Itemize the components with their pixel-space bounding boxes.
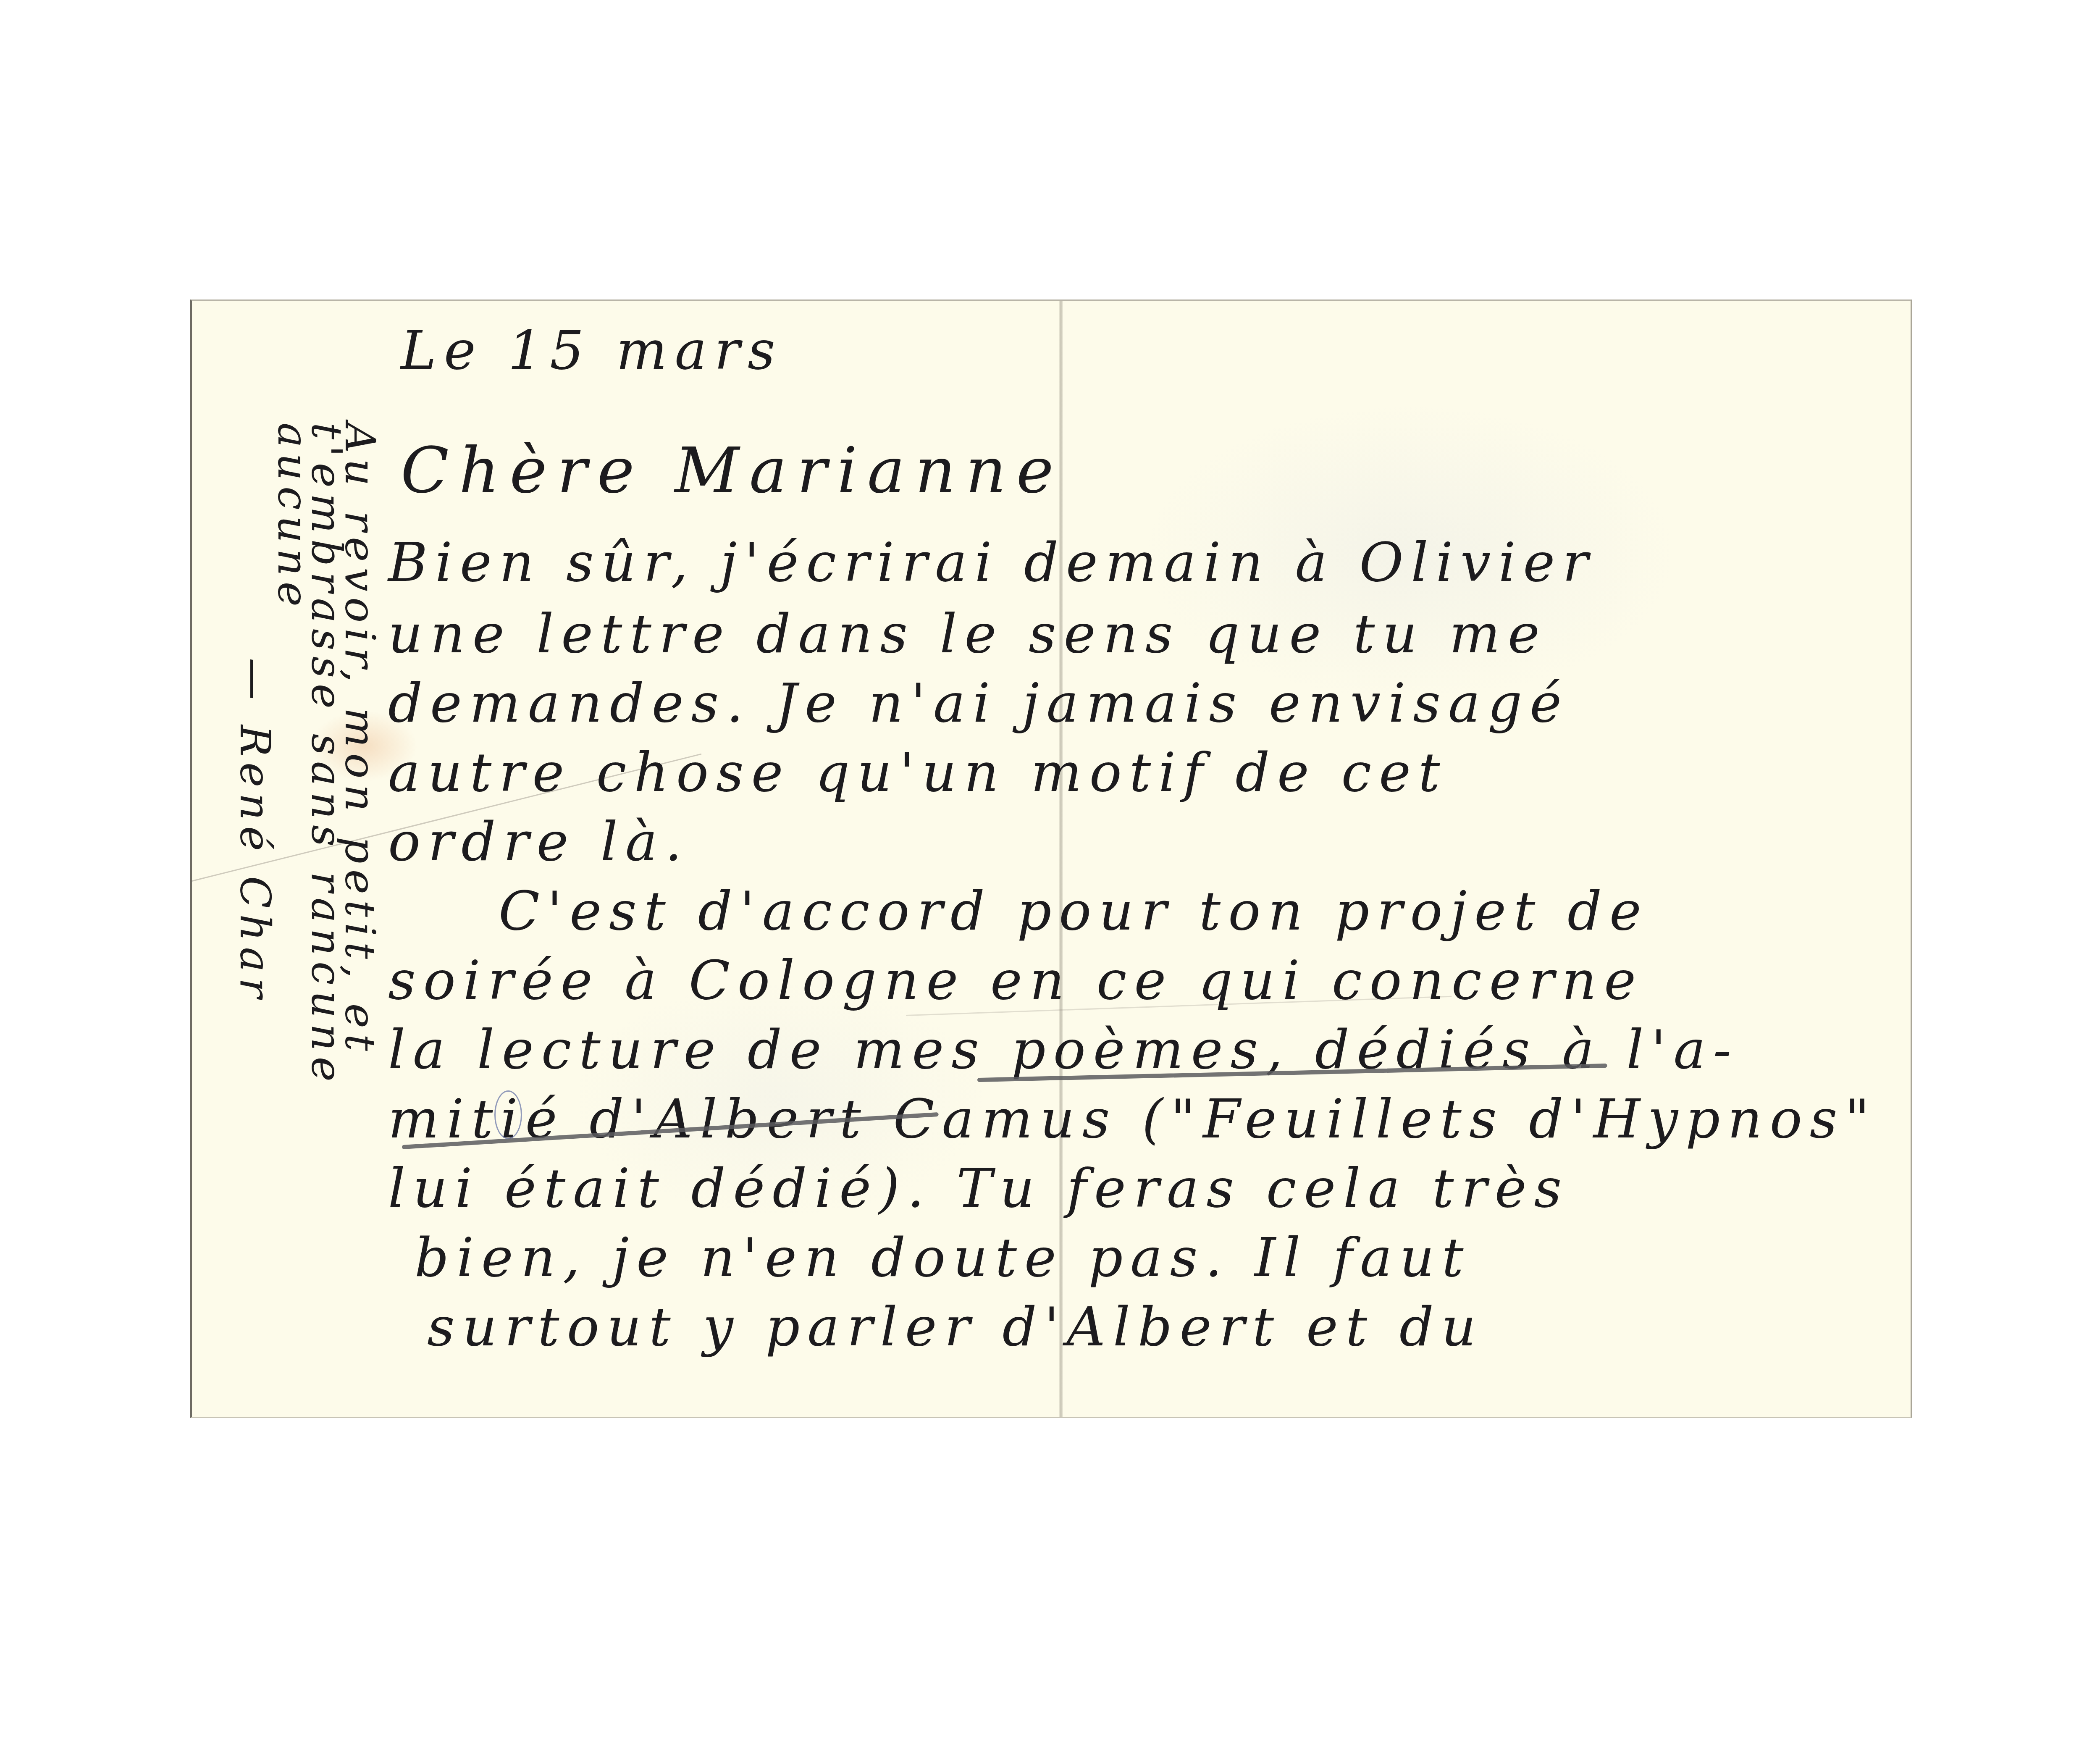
letter-paper: Le 15 mars Chère Marianne Bien sûr, j'éc… (190, 299, 1912, 1418)
body-line: Bien sûr, j'écrirai demain à Olivier (388, 536, 1596, 590)
margin-note-signature: — René Char (234, 658, 276, 1004)
body-line: bien, je n'en doute pas. Il faut (415, 1231, 1471, 1285)
margin-note: Au revoir, mon petit, et t'embrasse sans… (247, 423, 381, 1179)
body-line: C'est d'accord pour ton projet de (499, 885, 1649, 938)
letter-date: Le 15 mars (401, 324, 783, 378)
body-line: lui était dédié). Tu feras cela très (388, 1162, 1569, 1216)
blue-ink-annotation (494, 1090, 522, 1139)
body-line: demandes. Je n'ai jamais envisagé (388, 677, 1569, 730)
body-line: autre chose qu'un motif de cet (388, 746, 1447, 800)
body-line: soirée à Cologne en ce qui concerne (388, 954, 1643, 1008)
body-line: surtout y parler d'Albert et du (427, 1300, 1483, 1354)
body-line: ordre là. (388, 815, 690, 869)
margin-note-line: aucune (272, 423, 314, 612)
letter-salutation: Chère Marianne (401, 439, 1063, 502)
body-line: une lettre dans le sens que tu me (388, 607, 1547, 661)
body-line: mitié d'Albert Camus ("Feuillets d'Hypno… (388, 1093, 1877, 1146)
